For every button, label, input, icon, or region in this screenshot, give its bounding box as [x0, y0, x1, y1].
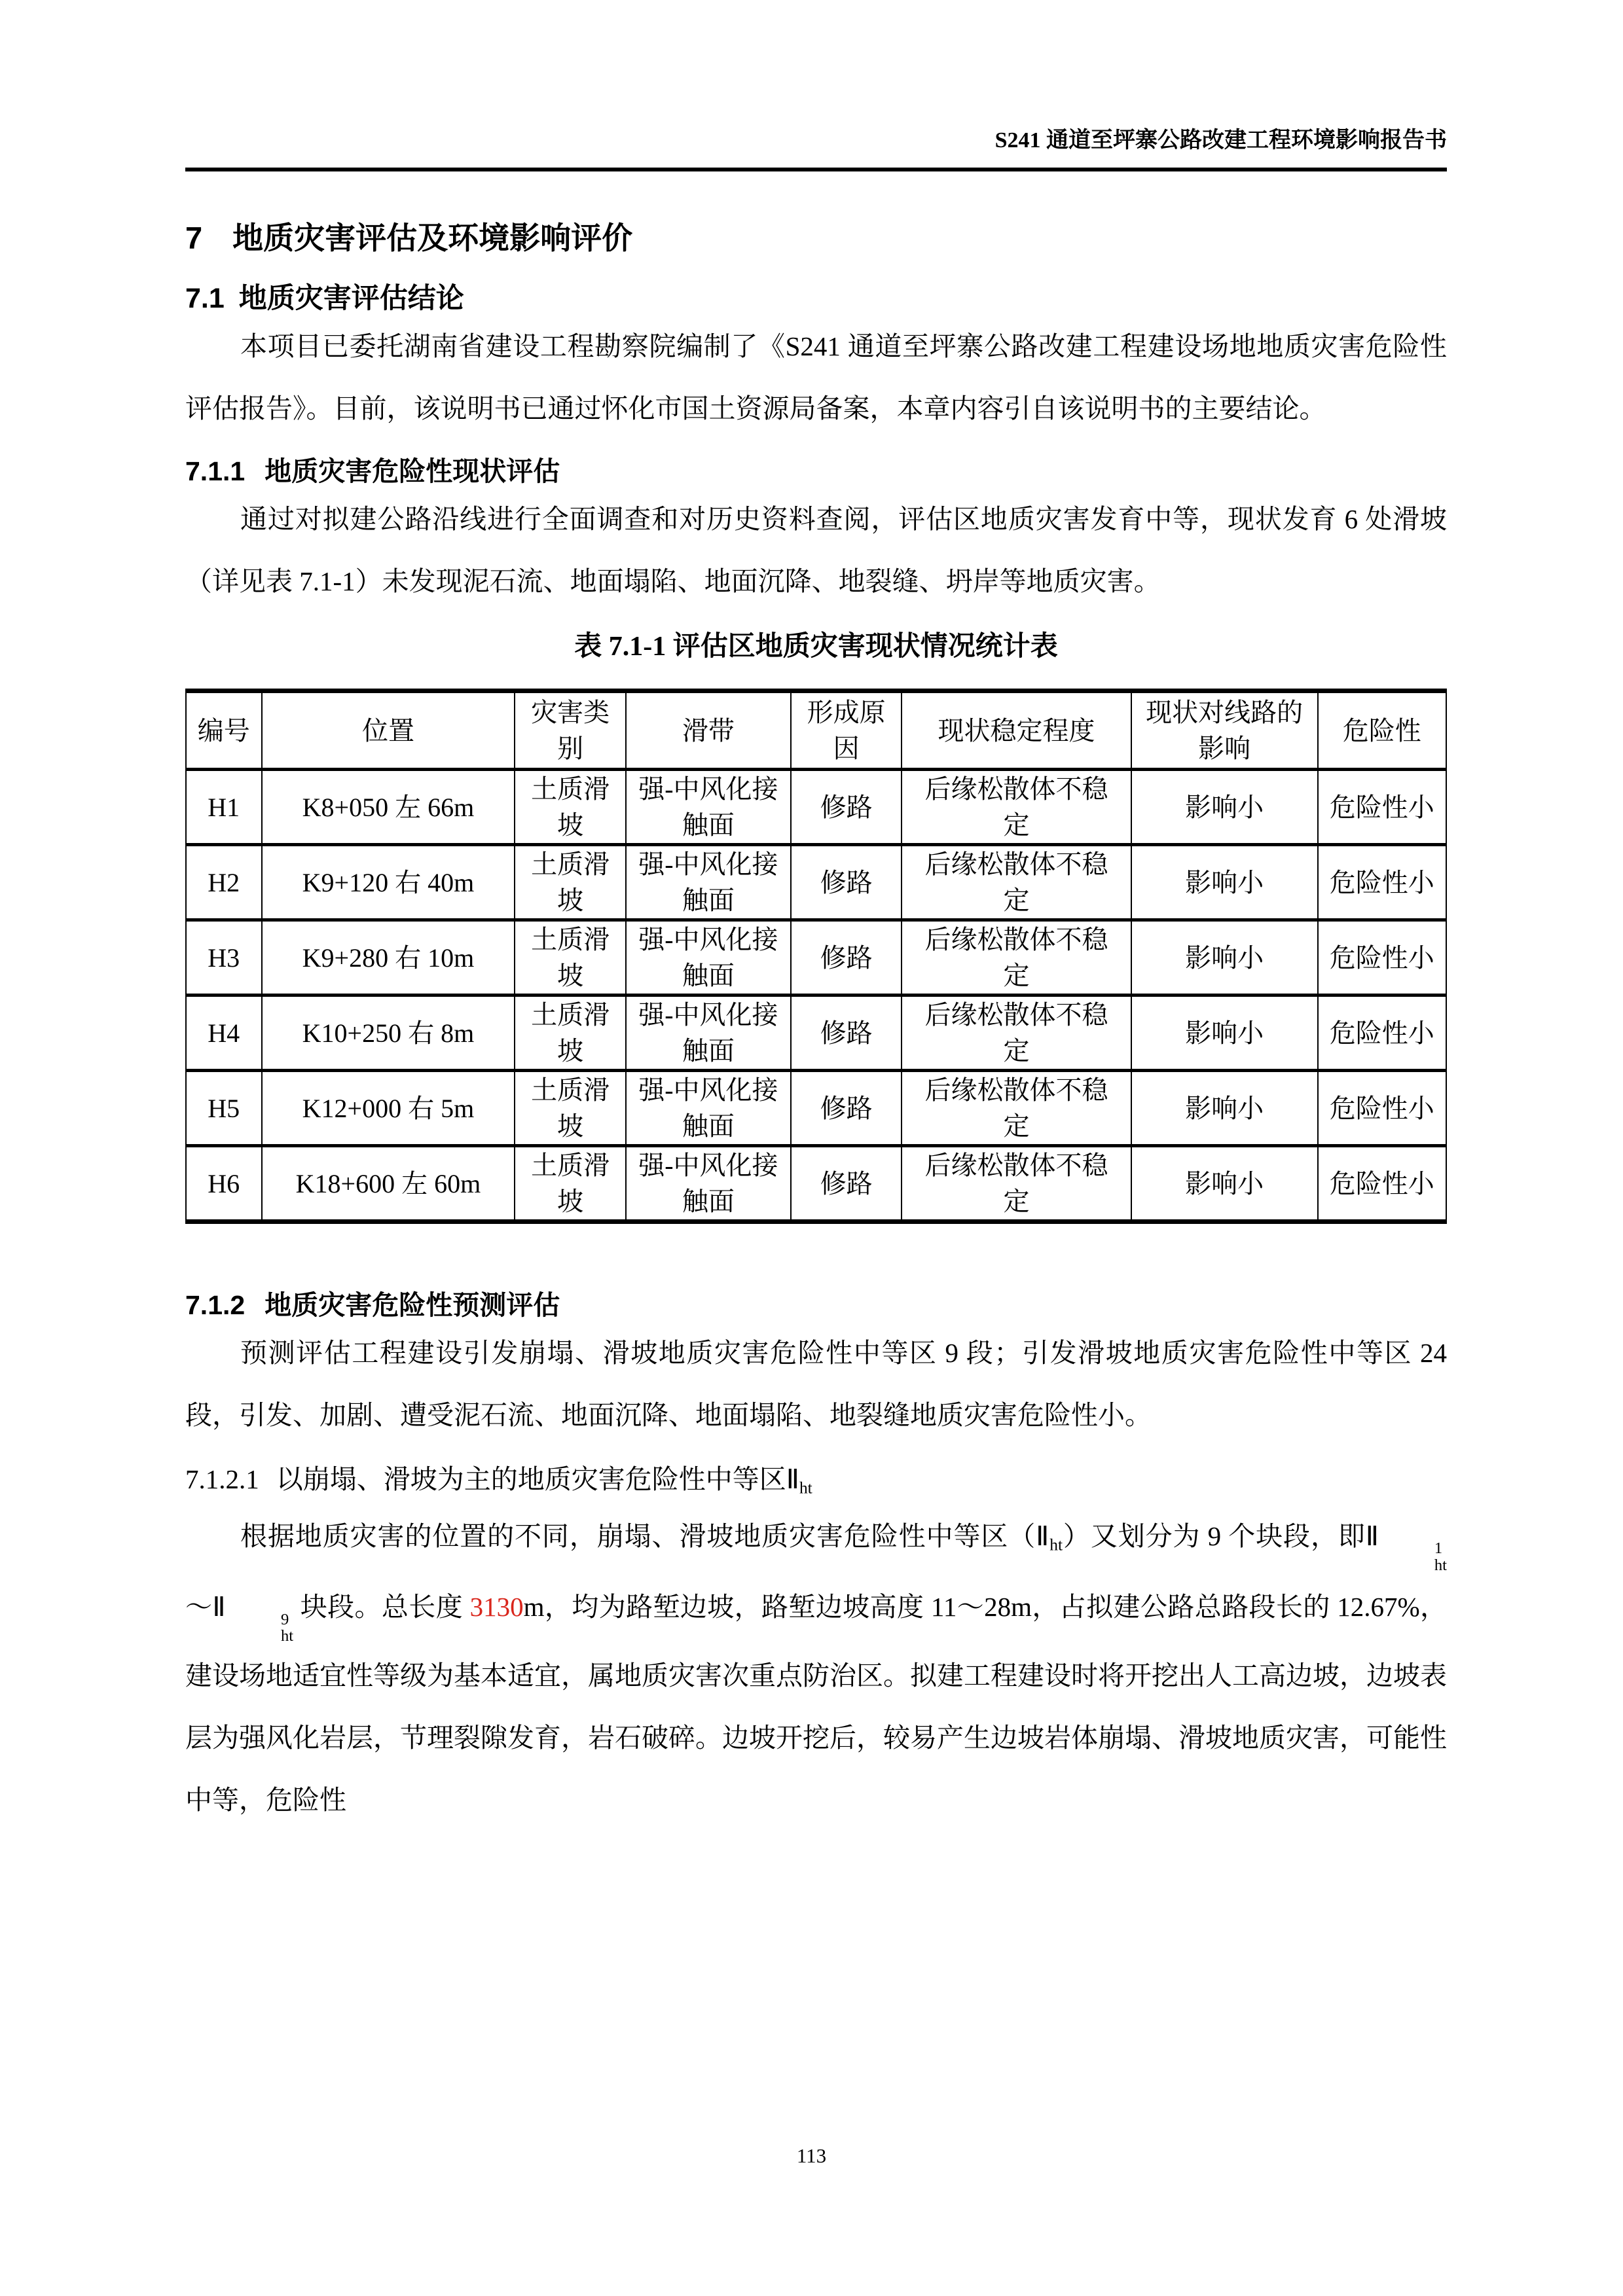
table-row: H3K9+280 右 10m土质滑坡强-中风化接触面修路后缘松散体不稳定影响小危…: [186, 920, 1446, 996]
text-run: ht: [1049, 1535, 1063, 1554]
table-cell: 修路: [791, 996, 902, 1071]
table-row: H6K18+600 左 60m土质滑坡强-中风化接触面修路后缘松散体不稳定影响小…: [186, 1146, 1446, 1222]
heading-text: 地质灾害危险性现状评估: [264, 456, 560, 486]
table-cell: 强-中风化接触面: [626, 1071, 791, 1146]
text-run: 以崩塌、滑坡为主的地质灾害危险性中等区Ⅱ: [276, 1464, 799, 1494]
table-cell: 土质滑坡: [515, 845, 625, 920]
table-cell: H2: [186, 845, 262, 920]
table-cell: K9+280 右 10m: [262, 920, 515, 996]
table-cell: 修路: [791, 770, 902, 845]
table-cell: 影响小: [1131, 1071, 1318, 1146]
table-cell: 修路: [791, 845, 902, 920]
running-header: S241 通道至坪寨公路改建工程环境影响报告书: [185, 0, 1447, 156]
heading-number: 7.1.1: [185, 456, 245, 486]
table-cell: 土质滑坡: [515, 996, 625, 1071]
highlighted-value: 3130: [470, 1592, 524, 1622]
table-title: 表 7.1-1 评估区地质灾害现状情况统计表: [185, 630, 1447, 664]
table-row: H1K8+050 左 66m土质滑坡强-中风化接触面修路后缘松散体不稳定影响小危…: [186, 770, 1446, 845]
heading-text: 地质灾害危险性预测评估: [264, 1290, 560, 1320]
table-cell: 修路: [791, 920, 902, 996]
table-row: H5K12+000 右 5m土质滑坡强-中风化接触面修路后缘松散体不稳定影响小危…: [186, 1071, 1446, 1146]
table-header-row: 编号位置灾害类别滑带形成原因现状稳定程度现状对线路的影响危险性: [186, 691, 1446, 770]
paragraph-7-1-2: 预测评估工程建设引发崩塌、滑坡地质灾害危险性中等区 9 段；引发滑坡地质灾害危险…: [185, 1322, 1447, 1446]
column-header: 编号: [186, 691, 262, 770]
table-cell: 影响小: [1131, 770, 1318, 845]
table-cell: 危险性小: [1318, 845, 1446, 920]
page-content: S241 通道至坪寨公路改建工程环境影响报告书 7地质灾害评估及环境影响评价 7…: [185, 0, 1447, 1831]
column-header: 现状对线路的影响: [1131, 691, 1318, 770]
table-cell: 危险性小: [1318, 920, 1446, 996]
column-header: 位置: [262, 691, 515, 770]
table-cell: 后缘松散体不稳定: [902, 920, 1131, 996]
table-cell: 土质滑坡: [515, 770, 625, 845]
table-cell: 土质滑坡: [515, 920, 625, 996]
table-cell: 强-中风化接触面: [626, 996, 791, 1071]
table-cell: 强-中风化接触面: [626, 845, 791, 920]
table-cell: 危险性小: [1318, 1146, 1446, 1222]
table-cell: H3: [186, 920, 262, 996]
zone-notation: 9ht: [226, 1611, 293, 1645]
column-header: 形成原因: [791, 691, 902, 770]
table-cell: H4: [186, 996, 262, 1071]
text-run: m，均为路堑边坡，路堑边坡高度 11～28m，占拟建公路总路段长的 12.67%…: [185, 1592, 1447, 1815]
table-cell: K12+000 右 5m: [262, 1071, 515, 1146]
text-run: ～Ⅱ: [185, 1592, 226, 1622]
heading-section-7-1-2-1: 7.1.2.1以崩塌、滑坡为主的地质灾害危险性中等区Ⅱht: [185, 1462, 1447, 1505]
table-cell: 后缘松散体不稳定: [902, 845, 1131, 920]
running-header-title: S241 通道至坪寨公路改建工程环境影响报告书: [995, 128, 1447, 152]
heading-section-7-1: 7.1地质灾害评估结论: [185, 281, 1447, 315]
table-cell: 强-中风化接触面: [626, 770, 791, 845]
heading-text: 以崩塌、滑坡为主的地质灾害危险性中等区Ⅱht: [276, 1464, 812, 1494]
heading-text: 地质灾害评估结论: [239, 283, 464, 314]
table-cell: 危险性小: [1318, 1071, 1446, 1146]
table-cell: 后缘松散体不稳定: [902, 1071, 1131, 1146]
table-row: H2K9+120 右 40m土质滑坡强-中风化接触面修路后缘松散体不稳定影响小危…: [186, 845, 1446, 920]
column-header: 灾害类别: [515, 691, 625, 770]
table-cell: H5: [186, 1071, 262, 1146]
table-cell: 强-中风化接触面: [626, 1146, 791, 1222]
column-header: 危险性: [1318, 691, 1446, 770]
table-cell: 危险性小: [1318, 770, 1446, 845]
page-number: 113: [0, 2144, 1623, 2168]
heading-chapter-7: 7地质灾害评估及环境影响评价: [185, 220, 1447, 257]
table-cell: 影响小: [1131, 920, 1318, 996]
document-page: S241 通道至坪寨公路改建工程环境影响报告书 7地质灾害评估及环境影响评价 7…: [0, 0, 1623, 2296]
table-cell: 修路: [791, 1146, 902, 1222]
table-row: H4K10+250 右 8m土质滑坡强-中风化接触面修路后缘松散体不稳定影响小危…: [186, 996, 1446, 1071]
paragraph-7-1-2-1: 根据地质灾害的位置的不同，崩塌、滑坡地质灾害危险性中等区（Ⅱht）又划分为 9 …: [185, 1505, 1447, 1832]
heading-number: 7: [185, 221, 202, 255]
table-cell: 后缘松散体不稳定: [902, 1146, 1131, 1222]
text-run: 根据地质灾害的位置的不同，崩塌、滑坡地质灾害危险性中等区（Ⅱ: [240, 1521, 1049, 1551]
table-header: 编号位置灾害类别滑带形成原因现状稳定程度现状对线路的影响危险性: [186, 691, 1446, 770]
column-header: 滑带: [626, 691, 791, 770]
heading-number: 7.1.2: [185, 1290, 245, 1320]
paragraph-7-1: 本项目已委托湖南省建设工程勘察院编制了《S241 通道至坪寨公路改建工程建设场地…: [185, 315, 1447, 440]
hazard-status-table: 编号位置灾害类别滑带形成原因现状稳定程度现状对线路的影响危险性 H1K8+050…: [185, 689, 1447, 1224]
paragraph-7-1-1: 通过对拟建公路沿线进行全面调查和对历史资料查阅，评估区地质灾害发育中等，现状发育…: [185, 488, 1447, 613]
table-cell: H1: [186, 770, 262, 845]
heading-number: 7.1.2.1: [185, 1464, 259, 1494]
zone-notation: 1ht: [1379, 1540, 1447, 1574]
table-cell: 土质滑坡: [515, 1146, 625, 1222]
heading-section-7-1-1: 7.1.1地质灾害危险性现状评估: [185, 454, 1447, 488]
table-cell: K8+050 左 66m: [262, 770, 515, 845]
table-cell: K10+250 右 8m: [262, 996, 515, 1071]
table-cell: 影响小: [1131, 996, 1318, 1071]
table-cell: 危险性小: [1318, 996, 1446, 1071]
heading-number: 7.1: [185, 283, 225, 314]
text-run: ht: [799, 1479, 812, 1498]
table-cell: 修路: [791, 1071, 902, 1146]
table-cell: 强-中风化接触面: [626, 920, 791, 996]
table-cell: 后缘松散体不稳定: [902, 770, 1131, 845]
header-rule: [185, 168, 1447, 171]
heading-section-7-1-2: 7.1.2地质灾害危险性预测评估: [185, 1288, 1447, 1322]
heading-text: 地质灾害评估及环境影响评价: [232, 221, 632, 255]
table-cell: 影响小: [1131, 1146, 1318, 1222]
table-body: H1K8+050 左 66m土质滑坡强-中风化接触面修路后缘松散体不稳定影响小危…: [186, 770, 1446, 1222]
table-cell: 土质滑坡: [515, 1071, 625, 1146]
column-header: 现状稳定程度: [902, 691, 1131, 770]
table-cell: K18+600 左 60m: [262, 1146, 515, 1222]
text-run: 块段。总长度: [293, 1592, 470, 1622]
table-cell: 影响小: [1131, 845, 1318, 920]
table-cell: H6: [186, 1146, 262, 1222]
text-run: ）又划分为 9 个块段，即Ⅱ: [1063, 1521, 1379, 1551]
table-cell: 后缘松散体不稳定: [902, 996, 1131, 1071]
table-cell: K9+120 右 40m: [262, 845, 515, 920]
